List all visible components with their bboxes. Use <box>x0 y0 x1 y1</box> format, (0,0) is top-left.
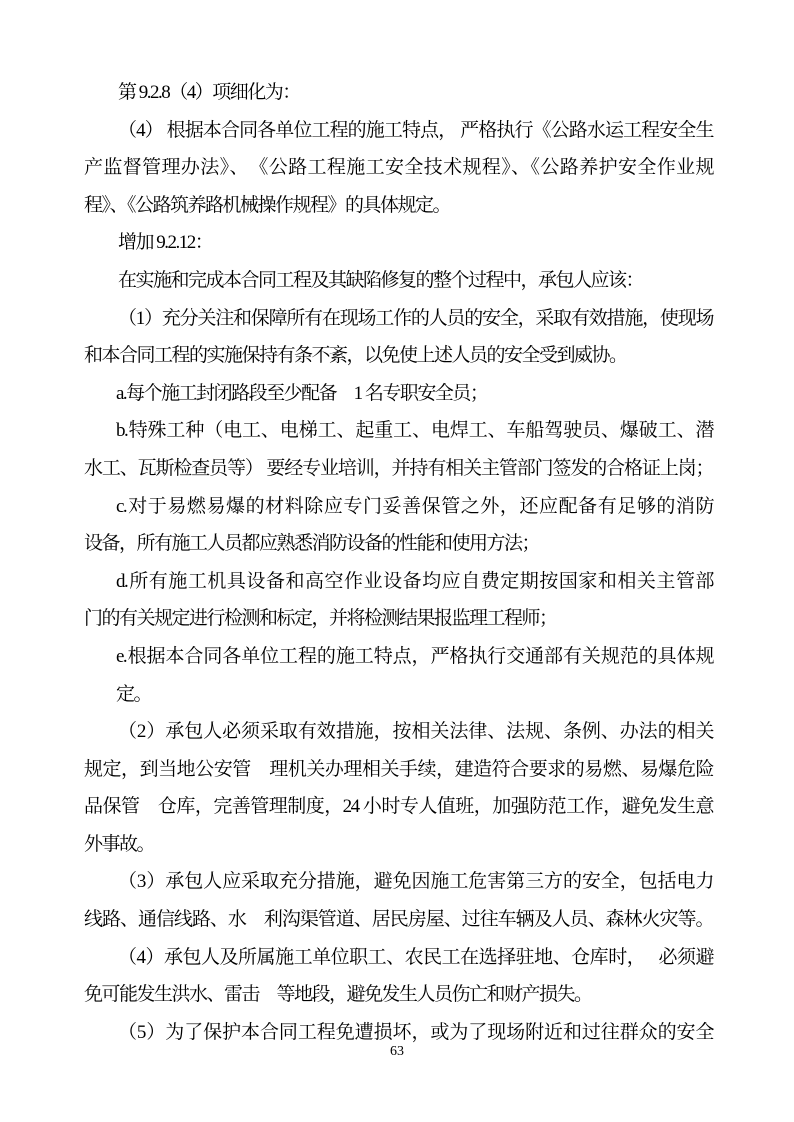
text-line: 规定，到当地公安管 理机关办理相关手续，建造符合要求的易燃、易爆危险 <box>84 751 713 789</box>
text-line: 设备，所有施工人员都应熟悉消防设备的性能和使用方法； <box>84 525 713 563</box>
text-line: 产监督管理办法》、 《公路工程施工安全技术规程》、《公路养护安全作业规 <box>84 149 713 187</box>
text-line: （3）承包人应采取充分措施，避免因施工危害第三方的安全，包括电力 <box>84 863 713 901</box>
text-line: e.根据本合同各单位工程的施工特点，严格执行交通部有关规范的具体规 <box>84 638 713 676</box>
text-line: 程》、《公路筑养路机械操作规程》的具体规定。 <box>84 187 713 225</box>
text-line: 增加 9.2.12： <box>84 224 713 262</box>
text-line: 免可能发生洪水、雷击 等地段，避免发生人员伤亡和财产损失。 <box>84 976 713 1014</box>
text-line: 门的有关规定进行检测和标定，并将检测结果报监理工程师； <box>84 600 713 638</box>
text-line: （4） 根据本合同各单位工程的施工特点， 严格执行《公路水运工程安全生 <box>84 112 713 150</box>
text-line: b.特殊工种（电工、电梯工、起重工、电焊工、车船驾驶员、爆破工、潜 <box>84 412 713 450</box>
text-line: 和本合同工程的实施保持有条不紊，以免使上述人员的安全受到威协。 <box>84 337 713 375</box>
text-line: （4）承包人及所属施工单位职工、农民工在选择驻地、仓库时， 必须避 <box>84 939 713 977</box>
text-line: 水工、瓦斯检查员等） 要经专业培训，并持有相关主管部门签发的合格证上岗； <box>84 450 713 488</box>
page-number: 63 <box>0 1042 794 1062</box>
text-line: c.对于易燃易爆的材料除应专门妥善保管之外，还应配备有足够的消防 <box>84 488 713 526</box>
text-line: 定。 <box>84 676 713 714</box>
text-line: （2）承包人必须采取有效措施，按相关法律、法规、条例、办法的相关 <box>84 713 713 751</box>
text-line: a.每个施工封闭路段至少配备 1 名专职安全员； <box>84 375 713 413</box>
text-line: 品保管 仓库，完善管理制度，24 小时专人值班，加强防范工作，避免发生意 <box>84 788 713 826</box>
text-line: 第 9.2.8（4）项细化为： <box>84 74 713 112</box>
text-line: 外事故。 <box>84 826 713 864</box>
text-line: （1）充分关注和保障所有在现场工作的人员的安全，采取有效措施，使现场 <box>84 300 713 338</box>
text-line: 线路、通信线路、水 利沟渠管道、居民房屋、过往车辆及人员、森林火灾等。 <box>84 901 713 939</box>
document-page: 第 9.2.8（4）项细化为： （4） 根据本合同各单位工程的施工特点， 严格执… <box>0 0 794 1122</box>
document-body: 第 9.2.8（4）项细化为： （4） 根据本合同各单位工程的施工特点， 严格执… <box>84 74 713 1051</box>
text-line: 在实施和完成本合同工程及其缺陷修复的整个过程中，承包人应该： <box>84 262 713 300</box>
text-line: d.所有施工机具设备和高空作业设备均应自费定期按国家和相关主管部 <box>84 563 713 601</box>
